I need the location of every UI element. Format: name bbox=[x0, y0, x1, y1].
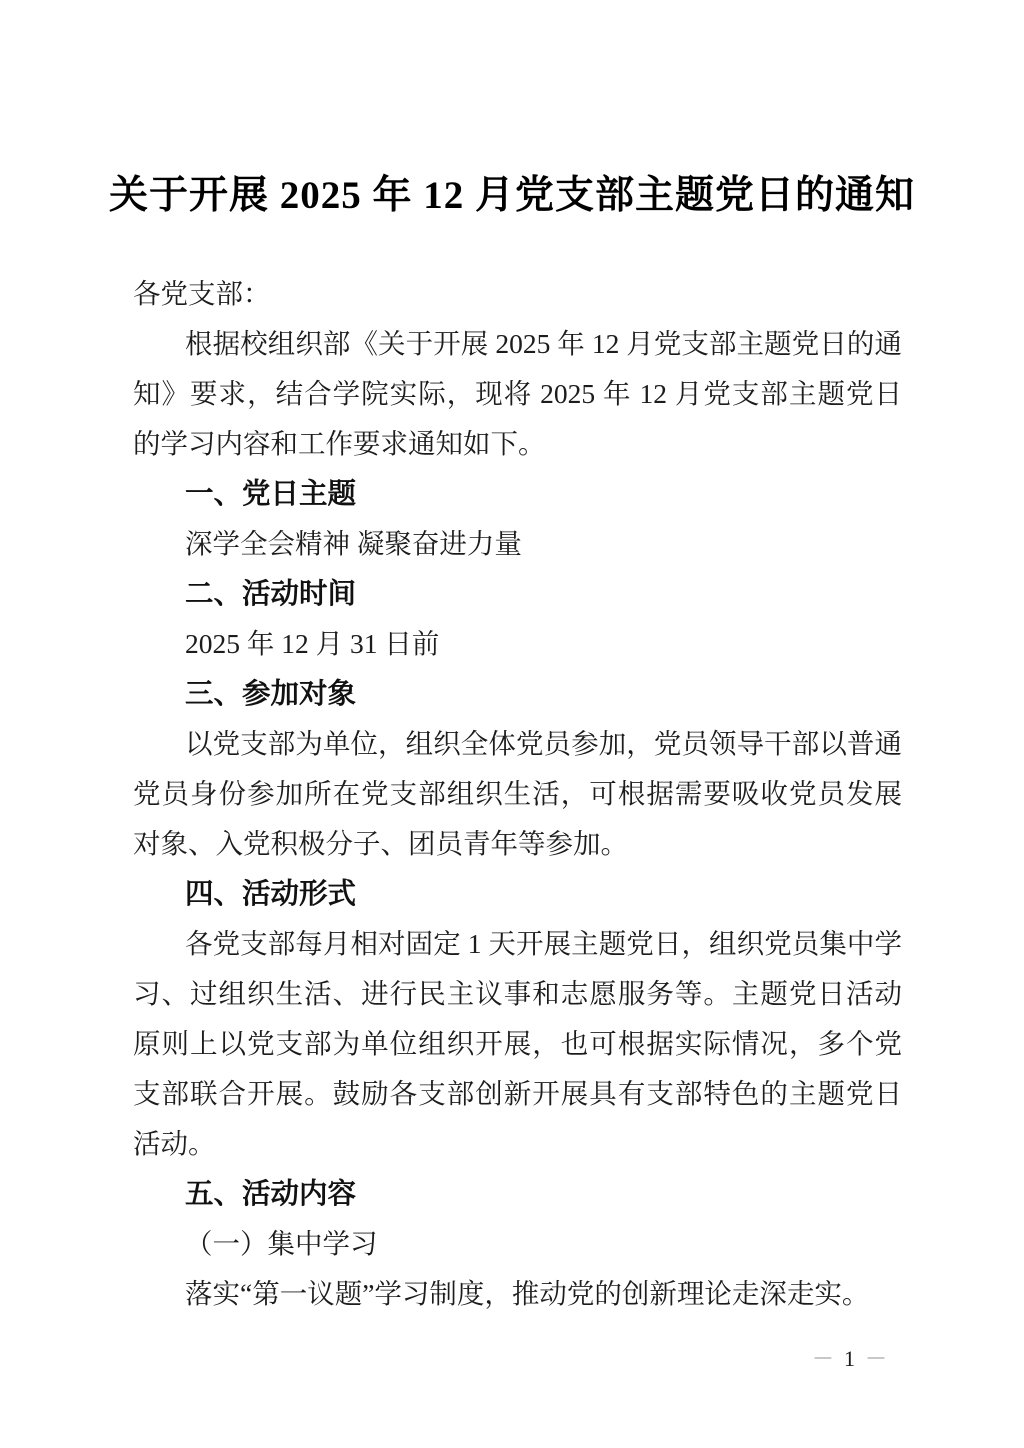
section-2-text: 2025 年 12 月 31 日前 bbox=[133, 619, 902, 669]
section-5-text: 落实“第一议题”学习制度，推动党的创新理论走深走实。 bbox=[133, 1269, 902, 1319]
section-3-heading: 三、参加对象 bbox=[133, 669, 902, 719]
section-5-subheading: （一）集中学习 bbox=[133, 1219, 902, 1269]
section-4-text: 各党支部每月相对固定 1 天开展主题党日，组织党员集中学习、过组织生活、进行民主… bbox=[133, 919, 902, 1169]
document-title: 关于开展 2025 年 12 月党支部主题党日的通知 bbox=[0, 168, 1024, 224]
document-page: 关于开展 2025 年 12 月党支部主题党日的通知 各党支部： 根据校组织部《… bbox=[0, 0, 1024, 1448]
section-1-heading: 一、党日主题 bbox=[133, 469, 902, 519]
section-2-heading: 二、活动时间 bbox=[133, 569, 902, 619]
page-number-dash-left: － bbox=[803, 1346, 844, 1371]
intro-paragraph: 根据校组织部《关于开展 2025 年 12 月党支部主题党日的通知》要求，结合学… bbox=[133, 319, 902, 469]
section-4-heading: 四、活动形式 bbox=[133, 869, 902, 919]
section-3-text: 以党支部为单位，组织全体党员参加，党员领导干部以普通党员身份参加所在党支部组织生… bbox=[133, 719, 902, 869]
page-number-dash-right: － bbox=[856, 1346, 897, 1371]
section-5-heading: 五、活动内容 bbox=[133, 1169, 902, 1219]
page-footer: －1－ bbox=[803, 1346, 897, 1372]
section-1-text: 深学全会精神 凝聚奋进力量 bbox=[133, 519, 902, 569]
salutation: 各党支部： bbox=[133, 269, 902, 319]
document-body: 各党支部： 根据校组织部《关于开展 2025 年 12 月党支部主题党日的通知》… bbox=[133, 269, 902, 1319]
page-number: 1 bbox=[844, 1346, 856, 1371]
